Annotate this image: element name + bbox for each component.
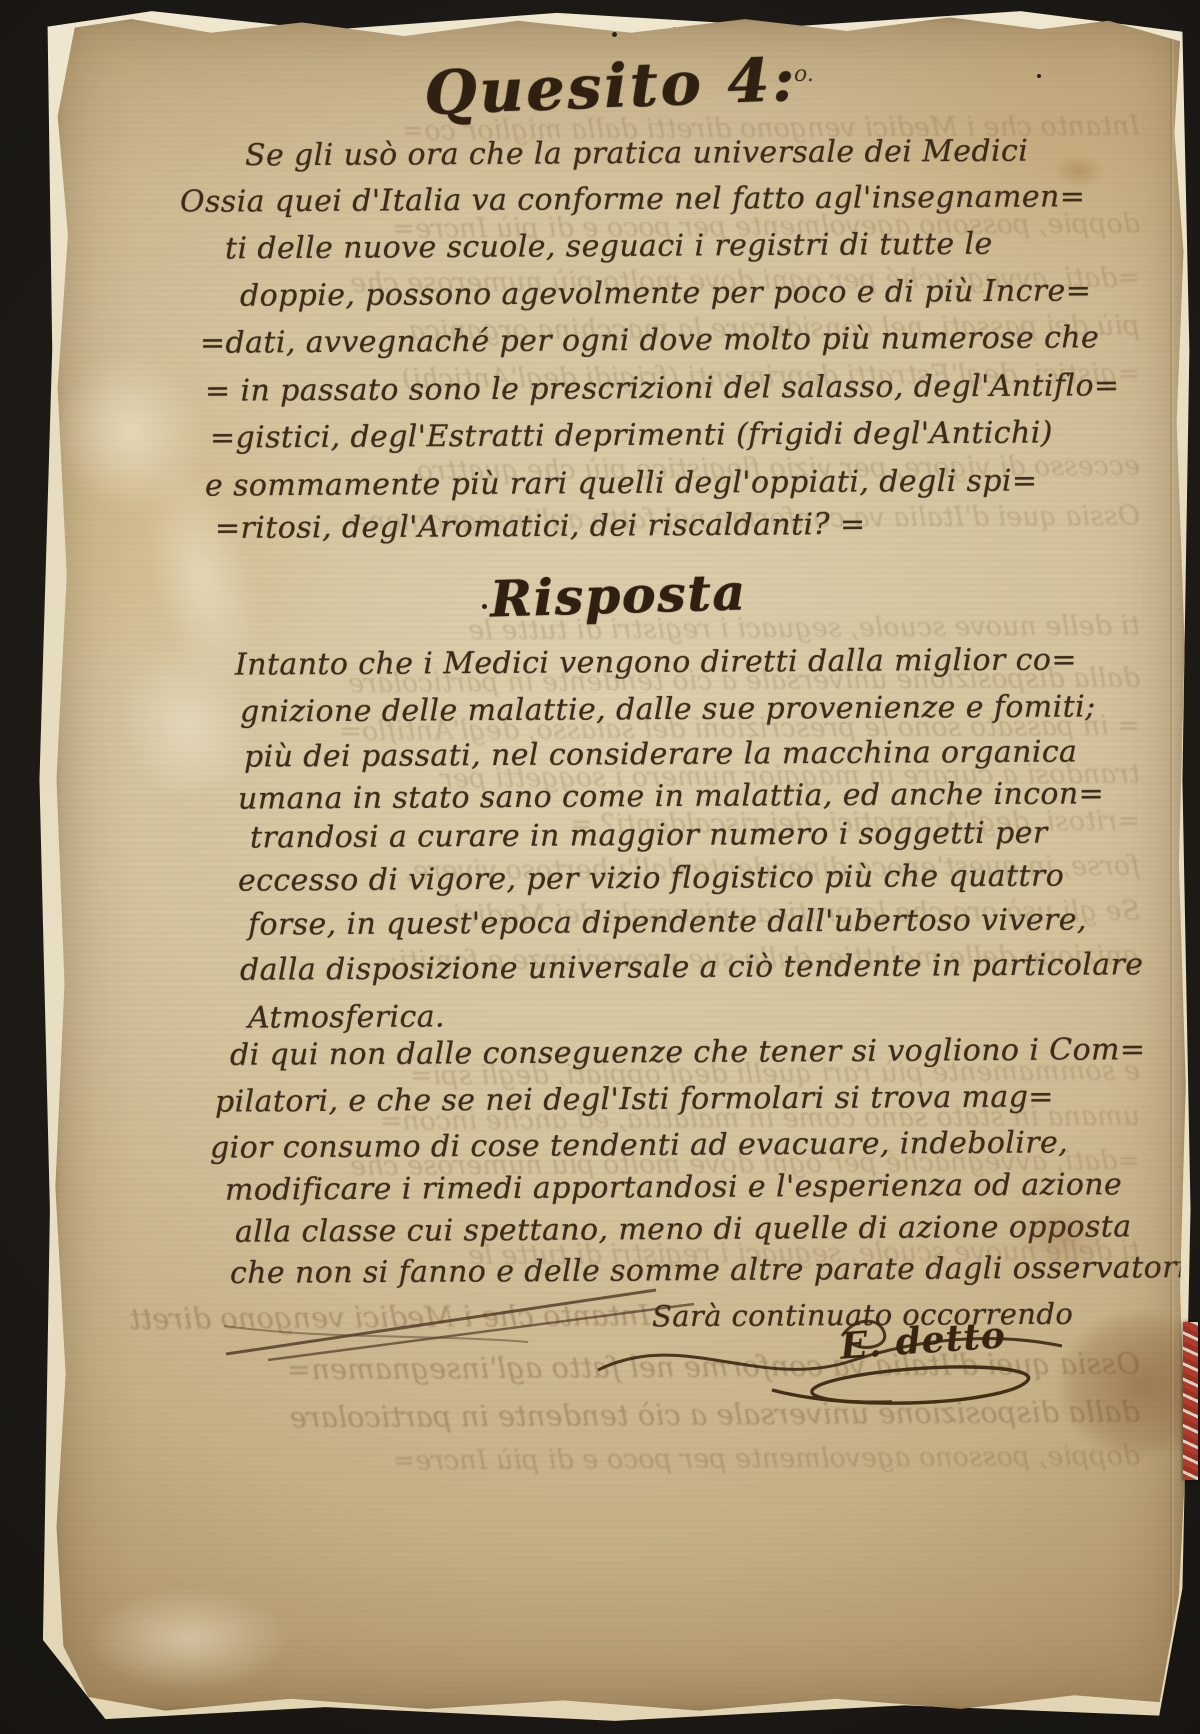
manuscript-line: pilatori, e che se nei degl'Isti formola… [215,1079,1054,1119]
manuscript-line: gior consumo di cose tendenti ad evacuar… [210,1125,1068,1165]
manuscript-line: modificare i rimedi apportandosi e l'esp… [225,1167,1122,1207]
response-heading: Risposta [489,562,747,628]
question-heading: Quesito 4: [423,45,799,129]
bleedthrough-line: doppie, possono agevolmente per poco e d… [130,1440,1140,1478]
manuscript-line: =gistici, degl'Estratti deprimenti (frig… [210,415,1053,455]
manuscript-line: =dati, avvegnaché per ogni dove molto pi… [200,320,1099,360]
manuscript-line: Ossia quei d'Italia va conforme nel fatt… [180,179,1085,220]
manuscript-line: ti delle nuove scuole, seguaci i registr… [225,227,993,267]
ink-speck [482,604,487,609]
manuscript-line: gnizione delle malattie, dalle sue prove… [240,689,1096,729]
manuscript-line: Atmosferica. [248,999,445,1035]
manuscript-line: doppie, possono agevolmente per poco e d… [240,273,1091,313]
ink-speck [612,32,617,37]
manuscript-line: e sommamente più rari quelli degl'oppiat… [205,463,1038,503]
manuscript-line: eccesso di vigore, per vizio flogistico … [238,858,1064,898]
manuscript-line: = in passato sono le prescrizioni del sa… [205,368,1120,409]
page-mark: o. [794,62,814,87]
manuscript-line: forse, in quest'epoca dipendente dall'ub… [248,902,1087,942]
manuscript-line: Intanto che i Medici vengono diretti dal… [235,642,1077,682]
manuscript-line: umana in stato sano come in malattia, ed… [238,776,1104,816]
manuscript-line: Se gli usò ora che la pratica universale… [245,134,1028,174]
manuscript-line: di qui non dalle conseguenze che tener s… [230,1032,1146,1073]
signature-block: E. detto [592,1306,1092,1426]
manuscript-line: =ritosi, degl'Aromatici, dei riscaldanti… [215,507,866,546]
red-edge-strip [1183,1322,1198,1480]
manuscript-line: dalla disposizione universale a ciò tend… [240,947,1144,988]
manuscript-scan: Intanto che i Medici vengono diretti dal… [0,0,1200,1734]
ink-speck [1037,74,1041,78]
paper-sheet: Intanto che i Medici vengono diretti dal… [52,14,1188,1714]
manuscript-line: trandosi a curare in maggior numero i so… [250,816,1048,856]
manuscript-line: alla classe cui spettano, meno di quelle… [235,1209,1132,1249]
manuscript-line: più dei passati, nel considerare la macc… [244,734,1078,774]
